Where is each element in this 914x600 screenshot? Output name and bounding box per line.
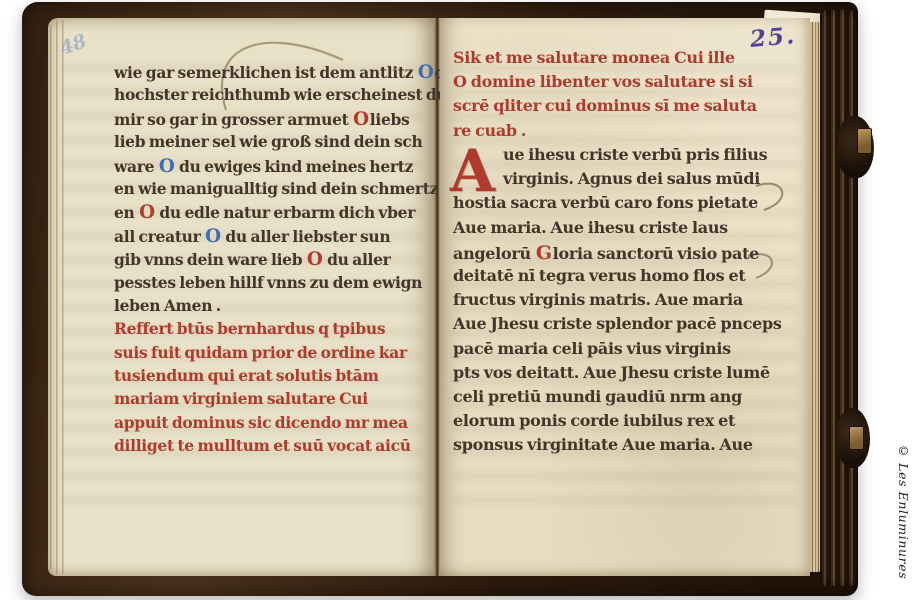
text-segment: gib vnns dein ware lieb [114, 250, 306, 269]
text-segment: fructus virginis matris. Aue maria [453, 290, 743, 309]
manuscript-line: virginis. Agnus dei salus mūdi [453, 169, 782, 193]
manuscript-line: wie gar semerklichen ist dem antlitz Odu [114, 62, 456, 85]
text-segment: tusiendum qui erat solutis btām [114, 366, 379, 385]
manuscript-line: Reffert btūs bernhardus q tpibus [114, 319, 456, 342]
manuscript-line: O domine libenter vos salutare si si [453, 72, 757, 96]
text-segment: hochster reichthumb wie erscheinest du [114, 85, 447, 104]
text-segment: wie gar semerklichen ist dem antlitz [114, 63, 417, 82]
manuscript-book: 48 wie gar semerklichen ist dem antlitz … [22, 2, 858, 596]
manuscript-line: hochster reichthumb wie erscheinest du [114, 85, 456, 108]
text-segment: pts vos deitatt. Aue Jhesu criste lumē [453, 363, 770, 382]
text-segment: celi pretiū mundi gaudiū nrm ang [453, 387, 742, 406]
text-segment: en wie manigualltig sind dein schmertz [114, 179, 438, 198]
clasp-brass-fitting [857, 128, 872, 154]
decorated-initial: O [158, 156, 176, 177]
manuscript-line: celi pretiū mundi gaudiū nrm ang [453, 387, 782, 411]
manuscript-line: scrē qliter cui dominus sī me saluta [453, 96, 757, 120]
right-page-rubric: Sik et me salutare monea Cui illeO domin… [453, 48, 757, 145]
manuscript-line: pesstes leben hillf vnns zu dem ewign [114, 273, 456, 296]
manuscript-line: leben Amen . [114, 296, 456, 319]
manuscript-line: sponsus virginitate Aue maria. Aue [453, 435, 782, 459]
text-segment: mir so gar in grosser armuet [114, 110, 352, 129]
text-segment: hostia sacra verbū caro fons pietate [453, 193, 758, 212]
text-segment: en [114, 203, 138, 222]
text-segment: elorum ponis corde iubilus rex et [453, 411, 735, 430]
text-segment: pacē maria celi pāis vius virginis [453, 339, 731, 358]
manuscript-line: appuit dominus sic dicendo mr mea [114, 413, 456, 436]
manuscript-line: elorum ponis corde iubilus rex et [453, 411, 782, 435]
text-segment: angelorū [453, 244, 535, 263]
copyright-credit: © Les Enluminures [896, 443, 911, 579]
manuscript-line: pacē maria celi pāis vius virginis [453, 339, 782, 363]
manuscript-line: deitatē nī tegra verus homo flos et [453, 266, 782, 290]
photo-background: 48 wie gar semerklichen ist dem antlitz … [0, 0, 914, 600]
text-segment: Reffert btūs bernhardus q tpibus [114, 319, 385, 338]
illuminated-initial-A: A [450, 147, 500, 195]
decorated-initial: O [138, 202, 156, 223]
manuscript-line: pts vos deitatt. Aue Jhesu criste lumē [453, 363, 782, 387]
manuscript-line: dilliget te mulltum et suū vocat aicū [114, 436, 456, 459]
text-segment: liebs [370, 110, 410, 129]
manuscript-line: mir so gar in grosser armuet Oliebs [114, 109, 456, 132]
manuscript-line: Aue Jhesu criste splendor pacē pnceps [453, 314, 782, 338]
manuscript-line: suis fuit quidam prior de ordine kar [114, 343, 456, 366]
decorated-initial: O [204, 226, 222, 247]
text-segment: du aller liebster sun [222, 227, 391, 246]
manuscript-line: mariam virginiem salutare Cui [114, 389, 456, 412]
text-segment: virginis. Agnus dei salus mūdi [503, 169, 760, 188]
decorated-initial: G [535, 242, 553, 264]
text-segment: lieb meiner sel wie groß sind dein sch [114, 132, 423, 151]
manuscript-line: re cuab . [453, 121, 757, 145]
book-clasp-top [838, 116, 874, 178]
manuscript-line: tusiendum qui erat solutis btām [114, 366, 456, 389]
manuscript-line: ware O du ewiges kind meines hertz [114, 156, 456, 179]
text-segment: ware [114, 157, 158, 176]
manuscript-line: ue ihesu criste verbū pris filius [453, 145, 782, 169]
text-segment: leben Amen . [114, 296, 221, 315]
left-page-text: wie gar semerklichen ist dem antlitz Odu… [114, 62, 456, 460]
text-segment: Aue Jhesu criste splendor pacē pnceps [453, 314, 782, 333]
manuscript-line: Sik et me salutare monea Cui ille [453, 48, 757, 72]
manuscript-line: lieb meiner sel wie groß sind dein sch [114, 132, 456, 155]
text-segment: dilliget te mulltum et suū vocat aicū [114, 436, 411, 455]
left-page: 48 wie gar semerklichen ist dem antlitz … [48, 18, 434, 576]
text-segment: suis fuit quidam prior de ordine kar [114, 343, 407, 362]
book-clasp-bottom [836, 408, 870, 468]
manuscript-line: gib vnns dein ware lieb O du aller [114, 249, 456, 272]
right-page: 25. Sik et me salutare monea Cui illeO d… [440, 18, 810, 576]
text-segment: Aue maria. Aue ihesu criste laus [453, 218, 728, 237]
decorated-initial: O [417, 62, 435, 83]
manuscript-line: all creatur O du aller liebster sun [114, 226, 456, 249]
text-segment: loria sanctorū visio pate [553, 244, 759, 263]
open-pages: 48 wie gar semerklichen ist dem antlitz … [48, 18, 810, 576]
text-segment: scrē qliter cui dominus sī me saluta [453, 96, 757, 115]
text-segment: Sik et me salutare monea Cui ille [453, 48, 735, 67]
decorated-initial: O [306, 249, 324, 270]
text-segment: du edle natur erbarm dich vber [156, 203, 415, 222]
manuscript-line: en wie manigualltig sind dein schmertz [114, 179, 456, 202]
book-foredge [820, 10, 858, 586]
text-segment: mariam virginiem salutare Cui [114, 389, 368, 408]
text-segment: du ewiges kind meines hertz [175, 157, 413, 176]
page-edge-lines-left [50, 20, 67, 574]
text-segment: all creatur [114, 227, 204, 246]
manuscript-line: en O du edle natur erbarm dich vber [114, 202, 456, 225]
text-segment: O domine libenter vos salutare si si [453, 72, 753, 91]
manuscript-line: fructus virginis matris. Aue maria [453, 290, 782, 314]
clasp-brass-fitting [849, 426, 864, 450]
manuscript-line: Aue maria. Aue ihesu criste laus [453, 218, 782, 242]
decorated-initial: O [352, 109, 370, 130]
text-segment: pesstes leben hillf vnns zu dem ewign [114, 273, 422, 292]
text-segment: sponsus virginitate Aue maria. Aue [453, 435, 753, 454]
text-segment: du aller [324, 250, 391, 269]
manuscript-line: angelorū Gloria sanctorū visio pate [453, 242, 782, 266]
text-segment: appuit dominus sic dicendo mr mea [114, 413, 408, 432]
right-page-text: A ue ihesu criste verbū pris filiusvirgi… [453, 145, 782, 459]
manuscript-line: hostia sacra verbū caro fons pietate [453, 193, 782, 217]
text-segment: ue ihesu criste verbū pris filius [503, 145, 767, 164]
text-segment: deitatē nī tegra verus homo flos et [453, 266, 745, 285]
